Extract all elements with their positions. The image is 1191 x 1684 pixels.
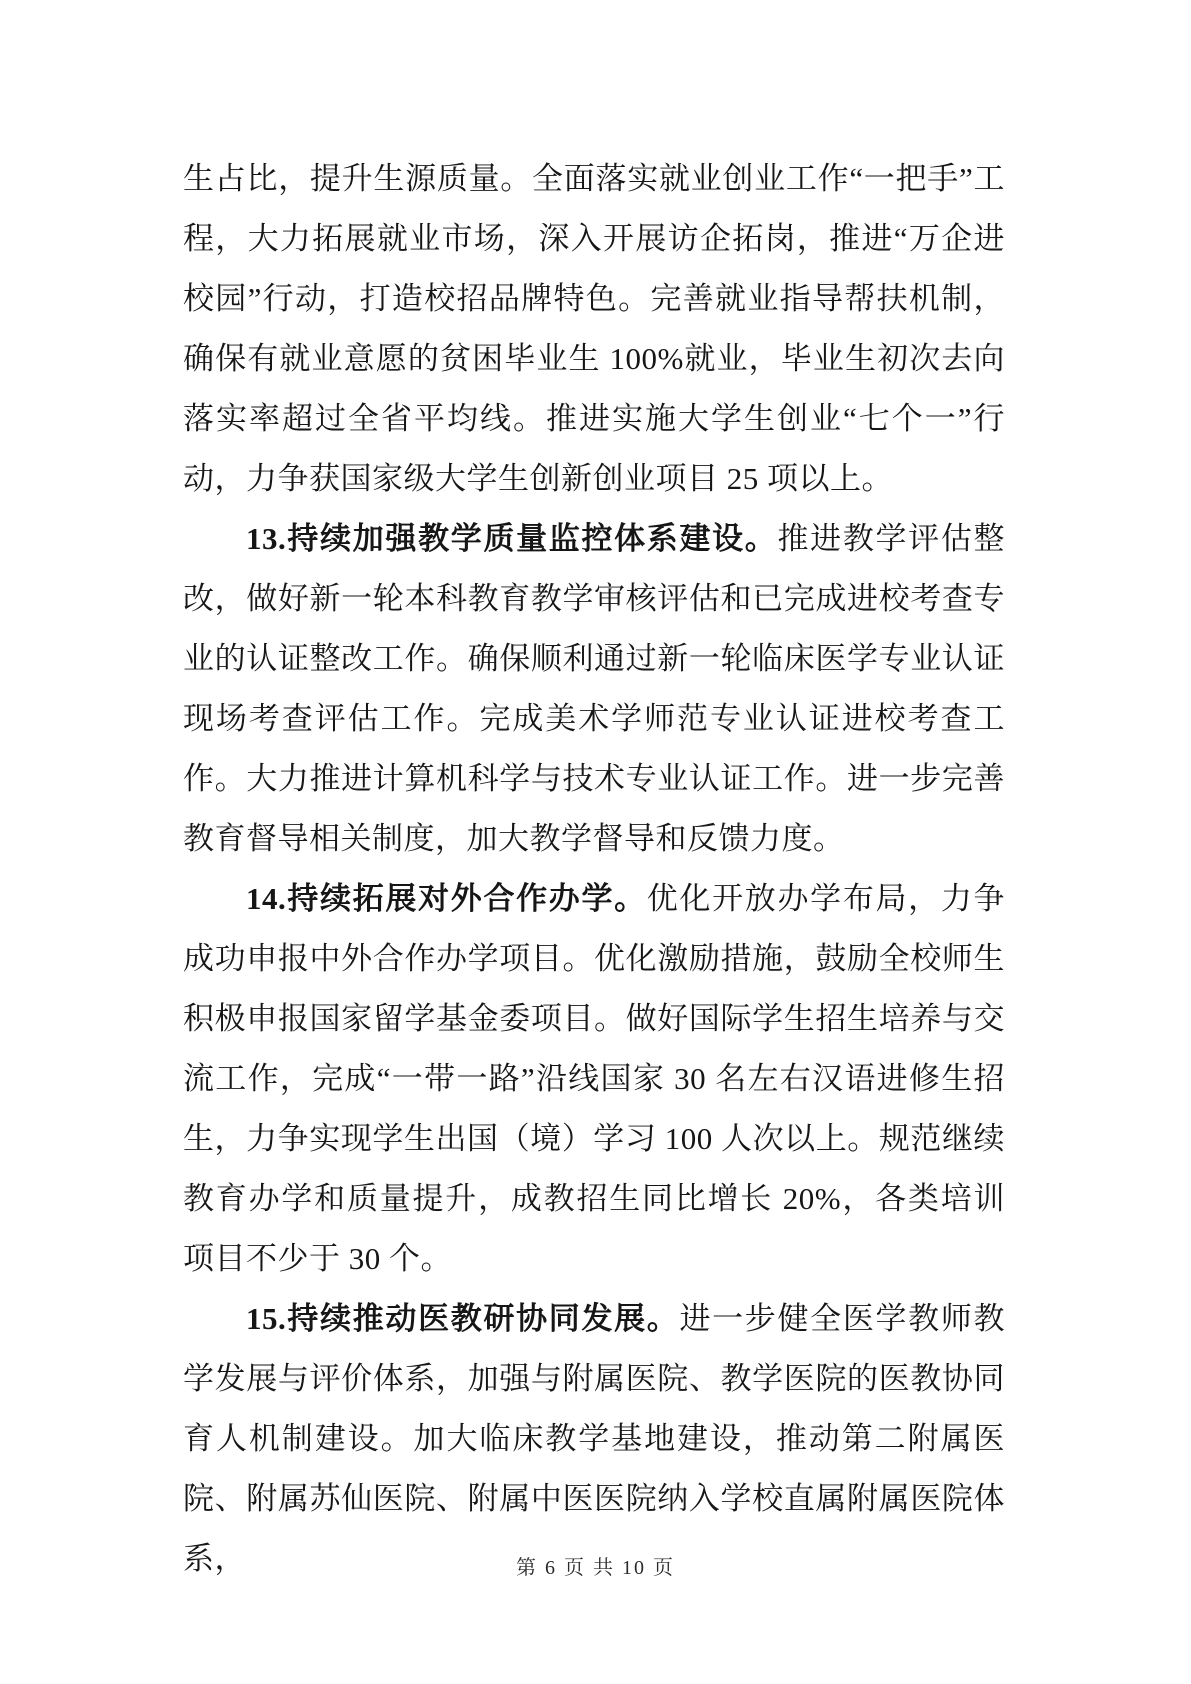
paragraph-lead-bold: 15.持续推动医教研协同发展。	[246, 1301, 679, 1336]
paragraph-15-medical-education-research: 15.持续推动医教研协同发展。进一步健全医学教师教学发展与评价体系，加强与附属医…	[183, 1289, 1005, 1589]
paragraph-lead-bold: 14.持续拓展对外合作办学。	[246, 881, 647, 916]
paragraph-text: 优化开放办学布局，力争成功申报中外合作办学项目。优化激励措施，鼓励全校师生积极申…	[183, 881, 1005, 1276]
paragraph-text: 推进教学评估整改，做好新一轮本科教育教学审核评估和已完成进校考查专业的认证整改工…	[183, 521, 1005, 856]
document-page: 生占比，提升生源质量。全面落实就业创业工作“一把手”工程，大力拓展就业市场，深入…	[0, 0, 1191, 1684]
paragraph-13-teaching-quality-monitoring: 13.持续加强教学质量监控体系建设。推进教学评估整改，做好新一轮本科教育教学审核…	[183, 509, 1005, 869]
paragraph-text: 生占比，提升生源质量。全面落实就业创业工作“一把手”工程，大力拓展就业市场，深入…	[183, 161, 1005, 496]
page-number-label: 第 6 页 共 10 页	[516, 1557, 675, 1579]
paragraph-employment-continued: 生占比，提升生源质量。全面落实就业创业工作“一把手”工程，大力拓展就业市场，深入…	[183, 149, 1005, 509]
paragraph-text: 进一步健全医学教师教学发展与评价体系，加强与附属医院、教学医院的医教协同育人机制…	[183, 1301, 1005, 1576]
paragraph-lead-bold: 13.持续加强教学质量监控体系建设。	[246, 521, 777, 556]
document-body: 生占比，提升生源质量。全面落实就业创业工作“一把手”工程，大力拓展就业市场，深入…	[183, 149, 1005, 1589]
page-footer: 第 6 页 共 10 页	[0, 1551, 1191, 1580]
paragraph-14-external-cooperation: 14.持续拓展对外合作办学。优化开放办学布局，力争成功申报中外合作办学项目。优化…	[183, 869, 1005, 1289]
